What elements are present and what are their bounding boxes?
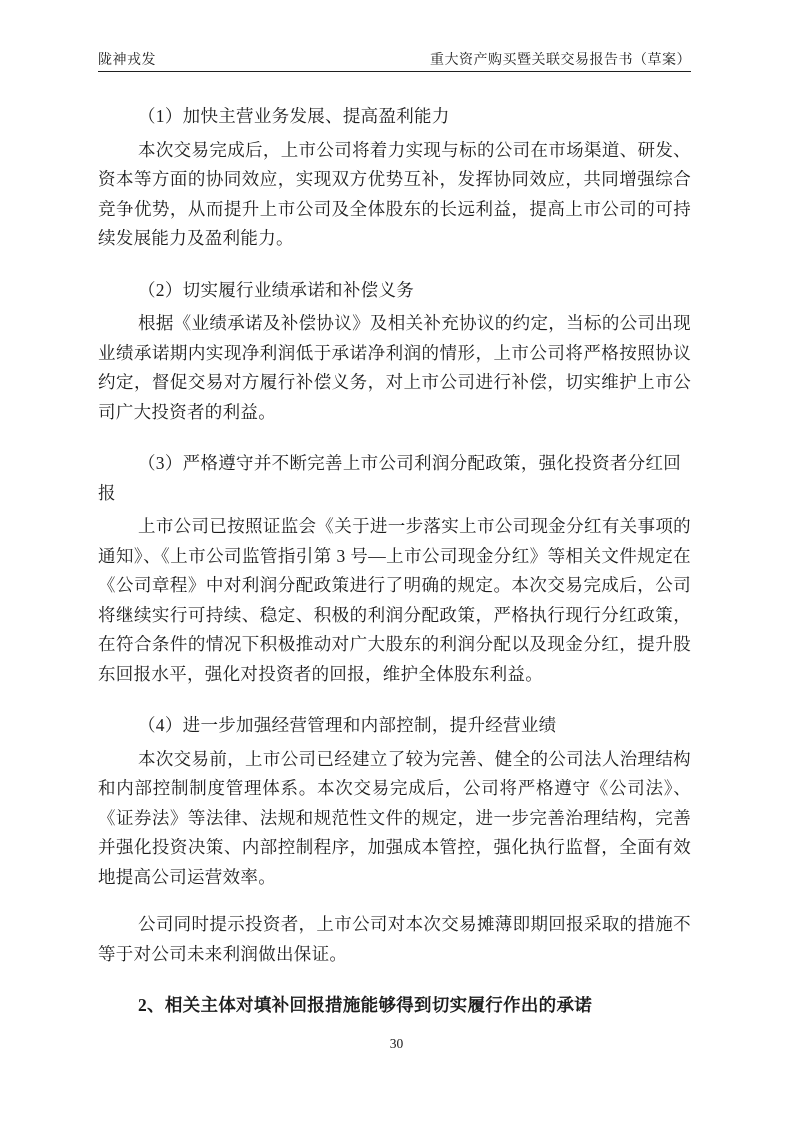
paragraph: 上市公司已按照证监会《关于进一步落实上市公司现金分红有关事项的通知》、《上市公司… xyxy=(98,512,691,689)
paragraph: 公司同时提示投资者，上市公司对本次交易摊薄即期回报采取的措施不等于对公司未来利润… xyxy=(98,910,691,969)
section-heading-3: （3）严格遵守并不断完善上市公司利润分配政策，强化投资者分红回报 xyxy=(98,449,691,508)
numbered-heading-2: 2、相关主体对填补回报措施能够得到切实履行作出的承诺 xyxy=(98,991,691,1021)
page-header: 陇神戎发 重大资产购买暨关联交易报告书（草案） xyxy=(98,0,691,72)
section-heading-1: （1）加快主营业务发展、提高盈利能力 xyxy=(98,102,691,132)
section-heading-4: （4）进一步加强经营管理和内部控制，提升经营业绩 xyxy=(98,711,691,741)
page-number: 30 xyxy=(0,1036,793,1052)
header-left-title: 陇神戎发 xyxy=(98,52,156,69)
paragraph: 根据《业绩承诺及补偿协议》及相关补充协议的约定，当标的公司出现业绩承诺期内实现净… xyxy=(98,309,691,427)
paragraph: 本次交易完成后，上市公司将着力实现与标的公司在市场渠道、研发、资本等方面的协同效… xyxy=(98,136,691,254)
paragraph: 本次交易前，上市公司已经建立了较为完善、健全的公司法人治理结构和内部控制制度管理… xyxy=(98,745,691,893)
section-heading-2: （2）切实履行业绩承诺和补偿义务 xyxy=(98,276,691,306)
header-right-title: 重大资产购买暨关联交易报告书（草案） xyxy=(430,52,691,69)
document-page: 陇神戎发 重大资产购买暨关联交易报告书（草案） （1）加快主营业务发展、提高盈利… xyxy=(0,0,793,1122)
document-body: （1）加快主营业务发展、提高盈利能力 本次交易完成后，上市公司将着力实现与标的公… xyxy=(98,72,691,1021)
